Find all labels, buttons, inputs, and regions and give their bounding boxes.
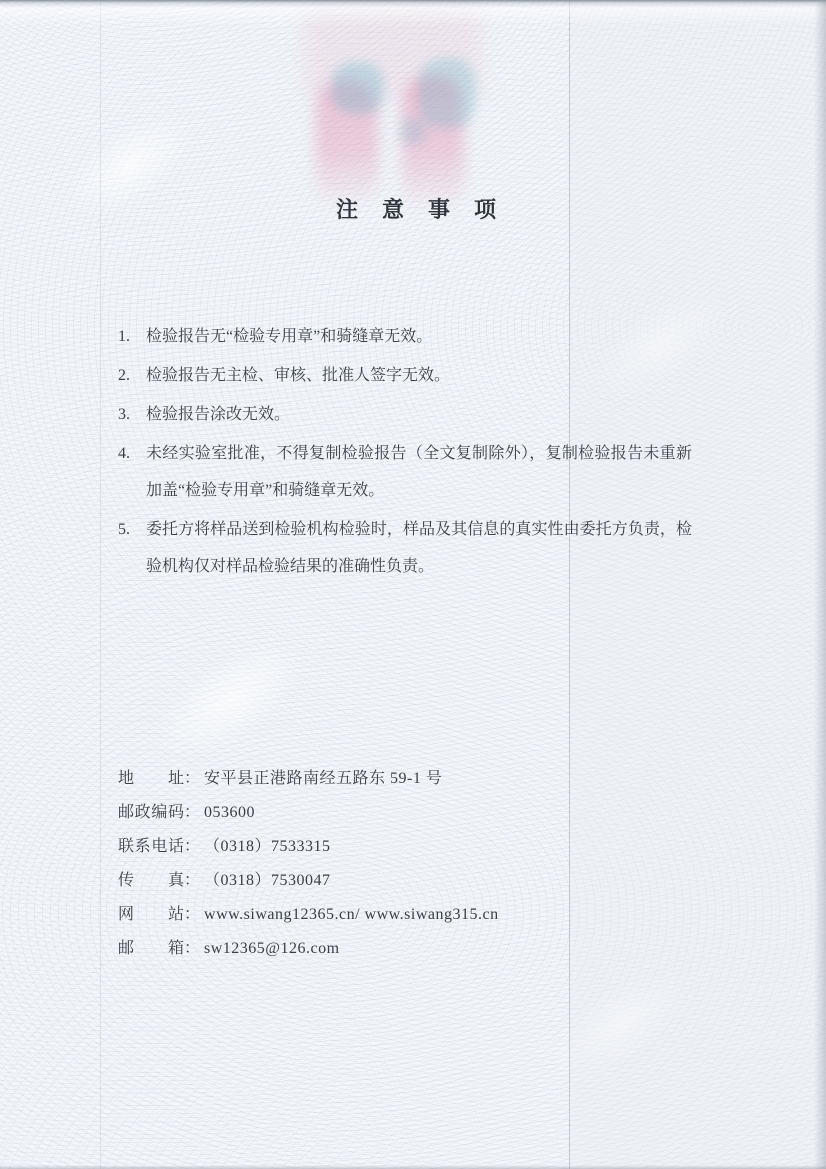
- contact-value: 安平县正港路南经五路东 59-1 号: [204, 762, 442, 796]
- scan-edge-top: [0, 0, 826, 26]
- contact-row-postal-code: 邮政编码：053600: [118, 796, 638, 830]
- contact-value: （0318）7530047: [204, 864, 331, 898]
- contact-colon: ：: [184, 796, 200, 830]
- scanned-document-page: 注意事项 1. 检验报告无“检验专用章”和骑缝章无效。 2. 检验报告无主检、审…: [0, 0, 826, 1169]
- contact-row-phone: 联系电话：（0318）7533315: [118, 830, 638, 864]
- scan-edge-right: [814, 0, 826, 1169]
- notice-number: 5.: [118, 511, 146, 548]
- contact-row-address: 地址：安平县正港路南经五路东 59-1 号: [118, 762, 638, 796]
- ink-bleed-blot: [400, 118, 426, 144]
- notice-number: 4.: [118, 435, 146, 472]
- notice-item: 4. 未经实验室批准，不得复制检验报告（全文复制除外），复制检验报告未重新加盖“…: [118, 435, 696, 509]
- contact-value: 053600: [204, 796, 255, 830]
- contact-colon: ：: [184, 932, 200, 966]
- contact-row-fax: 传真：（0318）7530047: [118, 864, 638, 898]
- ink-bleed-blot: [332, 62, 384, 114]
- contact-colon: ：: [184, 898, 200, 932]
- contact-label: 邮政编码: [118, 796, 184, 830]
- notice-item: 1. 检验报告无“检验专用章”和骑缝章无效。: [118, 318, 696, 355]
- notice-text: 委托方将样品送到检验机构检验时，样品及其信息的真实性由委托方负责，检验机构仅对样…: [146, 511, 692, 585]
- notice-number: 2.: [118, 357, 146, 394]
- contact-label: 地址: [118, 762, 184, 796]
- contact-value: （0318）7533315: [204, 830, 331, 864]
- contact-block: 地址：安平县正港路南经五路东 59-1 号 邮政编码：053600 联系电话：（…: [118, 762, 638, 966]
- notice-number: 3.: [118, 396, 146, 433]
- contact-row-email: 邮箱：sw12365@126.com: [118, 932, 638, 966]
- contact-colon: ：: [184, 830, 200, 864]
- notice-number: 1.: [118, 318, 146, 355]
- paper-crease-line-left: [100, 0, 101, 1169]
- ink-bleed-blot: [418, 58, 476, 128]
- page-title: 注意事项: [0, 193, 826, 224]
- contact-value: www.siwang12365.cn/ www.siwang315.cn: [204, 898, 499, 932]
- scan-edge-bottom: [0, 1165, 826, 1169]
- contact-label: 联系电话: [118, 830, 184, 864]
- notice-text: 检验报告涂改无效。: [146, 396, 692, 433]
- contact-colon: ：: [184, 762, 200, 796]
- notice-text: 检验报告无主检、审核、批准人签字无效。: [146, 357, 692, 394]
- notice-text: 检验报告无“检验专用章”和骑缝章无效。: [146, 318, 692, 355]
- notice-text: 未经实验室批准，不得复制检验报告（全文复制除外），复制检验报告未重新加盖“检验专…: [146, 435, 692, 509]
- contact-value: sw12365@126.com: [204, 932, 340, 966]
- contact-label: 网站: [118, 898, 184, 932]
- contact-colon: ：: [184, 864, 200, 898]
- notice-list: 1. 检验报告无“检验专用章”和骑缝章无效。 2. 检验报告无主检、审核、批准人…: [118, 318, 696, 587]
- contact-row-website: 网站：www.siwang12365.cn/ www.siwang315.cn: [118, 898, 638, 932]
- contact-label: 邮箱: [118, 932, 184, 966]
- notice-item: 3. 检验报告涂改无效。: [118, 396, 696, 433]
- contact-label: 传真: [118, 864, 184, 898]
- notice-item: 5. 委托方将样品送到检验机构检验时，样品及其信息的真实性由委托方负责，检验机构…: [118, 511, 696, 585]
- notice-item: 2. 检验报告无主检、审核、批准人签字无效。: [118, 357, 696, 394]
